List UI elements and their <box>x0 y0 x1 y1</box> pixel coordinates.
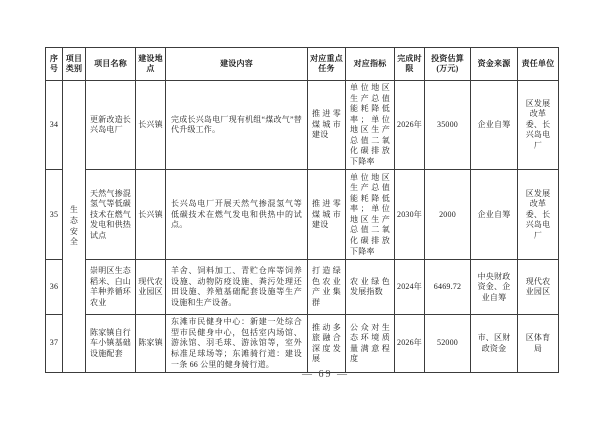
table-row: 37 陈家镇自行车小镇基础设施配套 陈家镇 东滩市民健身中心：新建一处综合型市民… <box>46 315 559 373</box>
cell-project-name: 天然气掺混氢气等低碳技术在燃气发电和供热试点 <box>86 170 136 260</box>
cell-indicator: 公众对生态环境质量满意程度 <box>346 315 395 373</box>
cell-deadline: 2024年 <box>395 260 425 315</box>
col-header-project-name: 项目名称 <box>86 48 136 81</box>
cell-funding: 企业自筹 <box>471 170 518 260</box>
cell-funding: 企业自筹 <box>471 81 518 170</box>
col-header-serial: 序号 <box>46 48 63 81</box>
col-header-deadline: 完成时限 <box>395 48 425 81</box>
col-header-task: 对应重点任务 <box>308 48 346 81</box>
col-header-unit: 责任单位 <box>518 48 559 81</box>
cell-project-name: 崇明区生态稻米、白山羊种养循环农业 <box>86 260 136 315</box>
cell-category: 生态安全 <box>63 81 86 373</box>
cell-indicator: 农业绿色发展指数 <box>346 260 395 315</box>
cell-indicator: 单位地区生产总值能耗降低率；单位地区生产总值二氧化碳排放下降率 <box>346 170 395 260</box>
cell-project-name: 陈家镇自行车小镇基础设施配套 <box>86 315 136 373</box>
table-header-row: 序号 项目类别 项目名称 建设地点 建设内容 对应重点任务 对应指标 完成时限 … <box>46 48 559 81</box>
cell-task: 推进零煤城市建设 <box>308 170 346 260</box>
cell-unit: 区体育局 <box>518 315 559 373</box>
cell-unit: 区发展改革委、长兴岛电厂 <box>518 81 559 170</box>
col-header-location: 建设地点 <box>136 48 166 81</box>
cell-content: 羊舍、饲料加工、青贮仓库等饲养设施、动物防疫设施、粪污处理还田设施、养殖基础配套… <box>166 260 308 315</box>
cell-task: 推动多旅融合深度发展 <box>308 315 346 373</box>
table-row: 36 崇明区生态稻米、白山羊种养循环农业 现代农业园区 羊舍、饲料加工、青贮仓库… <box>46 260 559 315</box>
cell-content: 完成长兴岛电厂现有机组“煤改气”替代升级工作。 <box>166 81 308 170</box>
page-number: — 69 — <box>302 369 349 380</box>
cell-deadline: 2030年 <box>395 170 425 260</box>
cell-serial: 36 <box>46 260 63 315</box>
col-header-investment: 投资估算(万元) <box>425 48 471 81</box>
cell-serial: 35 <box>46 170 63 260</box>
cell-deadline: 2026年 <box>395 81 425 170</box>
cell-serial: 34 <box>46 81 63 170</box>
col-header-indicator: 对应指标 <box>346 48 395 81</box>
table-row: 34 生态安全 更新改造长兴岛电厂 长兴镇 完成长兴岛电厂现有机组“煤改气”替代… <box>46 81 559 170</box>
cell-location: 现代农业园区 <box>136 260 166 315</box>
cell-serial: 37 <box>46 315 63 373</box>
cell-content: 东滩市民健身中心：新建一处综合型市民健身中心，包括室内场馆、游泳馆、羽毛球、游泳… <box>166 315 308 373</box>
cell-indicator: 单位地区生产总值能耗降低率；单位地区生产总值二氧化碳排放下降率 <box>346 81 395 170</box>
table-row: 35 天然气掺混氢气等低碳技术在燃气发电和供热试点 长兴镇 长兴岛电厂开展天然气… <box>46 170 559 260</box>
col-header-content: 建设内容 <box>166 48 308 81</box>
cell-task: 打造绿色农业产业集群 <box>308 260 346 315</box>
cell-unit: 现代农业园区 <box>518 260 559 315</box>
col-header-category: 项目类别 <box>63 48 86 81</box>
cell-funding: 中央财政资金、企业自筹 <box>471 260 518 315</box>
document-page: 序号 项目类别 项目名称 建设地点 建设内容 对应重点任务 对应指标 完成时限 … <box>0 0 600 424</box>
cell-funding: 市、区财政资金 <box>471 315 518 373</box>
cell-deadline: 2026年 <box>395 315 425 373</box>
cell-investment: 52000 <box>425 315 471 373</box>
project-table: 序号 项目类别 项目名称 建设地点 建设内容 对应重点任务 对应指标 完成时限 … <box>45 47 559 373</box>
cell-location: 长兴镇 <box>136 81 166 170</box>
cell-project-name: 更新改造长兴岛电厂 <box>86 81 136 170</box>
cell-unit: 区发展改革委、长兴岛电厂 <box>518 170 559 260</box>
cell-investment: 35000 <box>425 81 471 170</box>
cell-location: 长兴镇 <box>136 170 166 260</box>
col-header-funding: 资金来源 <box>471 48 518 81</box>
cell-task: 推进零煤城市建设 <box>308 81 346 170</box>
cell-investment: 6469.72 <box>425 260 471 315</box>
cell-content: 长兴岛电厂开展天然气掺混氢气等低碳技术在燃气发电和供热中的试点。 <box>166 170 308 260</box>
cell-location: 陈家镇 <box>136 315 166 373</box>
cell-investment: 2000 <box>425 170 471 260</box>
